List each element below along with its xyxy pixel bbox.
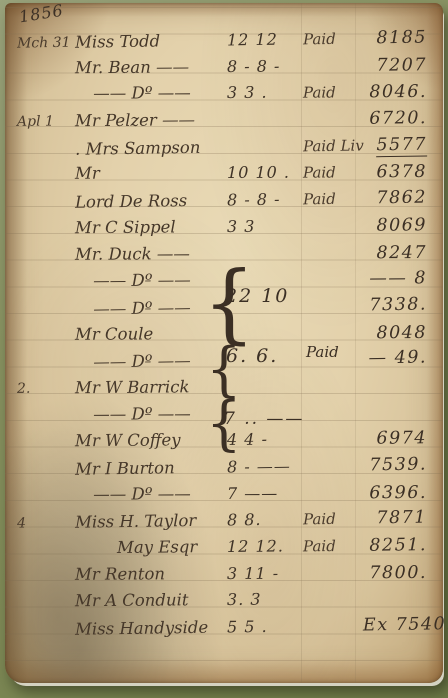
ledger-row: Mr Coule8048	[13, 319, 437, 348]
entry-amount	[227, 347, 303, 375]
entry-name: Mr. Duck ——	[75, 240, 227, 267]
entry-amount	[227, 293, 303, 321]
entry-status	[303, 106, 363, 133]
entry-status: Paid Liv	[303, 132, 363, 160]
entry-number: 8251.	[363, 532, 437, 559]
entry-date: 2.	[13, 375, 75, 402]
entry-status	[303, 292, 363, 320]
entry-number: 7207	[363, 52, 437, 79]
entry-name: —— Dº ——	[75, 267, 227, 295]
entry-status	[303, 452, 363, 480]
entry-status	[303, 266, 363, 293]
entry-name: Miss Handyside	[75, 615, 227, 644]
entry-status	[303, 346, 363, 374]
entry-number: 7338.	[363, 291, 437, 319]
entry-date	[13, 161, 75, 188]
entry-amount	[227, 320, 303, 347]
entry-name: —— Dº ——	[75, 481, 227, 508]
entry-date	[13, 401, 75, 428]
entry-name: Mr Pelzer ——	[75, 107, 227, 135]
ledger-row: —— Dº ——	[13, 400, 437, 429]
entry-status	[303, 400, 363, 427]
entry-number: 8048	[363, 319, 437, 346]
entry-amount: 8 8.	[227, 507, 303, 535]
entry-name: Mr Renton	[75, 561, 227, 588]
entry-status: Paid	[303, 186, 363, 214]
entry-number: 6396.	[363, 480, 437, 507]
entry-number: 8069	[363, 212, 437, 239]
year-label: 1856	[18, 1, 65, 27]
entry-amount	[227, 267, 303, 294]
entry-name: —— Dº ——	[75, 401, 227, 428]
entry-date	[13, 190, 75, 218]
entry-amount	[227, 373, 303, 400]
entry-status: Paid	[303, 25, 363, 53]
entry-amount: 3 3	[227, 213, 303, 240]
entry-number	[363, 586, 437, 613]
entry-date: 4	[13, 510, 75, 538]
entry-number: 8046.	[363, 79, 437, 106]
ledger-row: —— Dº ——3 3 .Paid8046.	[13, 79, 437, 108]
ledger-row: Mr10 10 .Paid6378	[13, 159, 437, 188]
entry-amount: 12 12.	[227, 533, 303, 560]
entry-amount: 12 12	[227, 26, 303, 54]
ledger-row: Apl 1Mr Pelzer ——6720.	[13, 105, 437, 135]
entry-date	[13, 617, 75, 645]
entry-name: . Mrs Sampson	[75, 134, 227, 163]
entry-amount	[227, 106, 303, 133]
entry-number: 6974	[363, 425, 437, 452]
ledger-row: —— Dº ———— 8	[13, 265, 437, 295]
entry-status: Paid	[303, 506, 363, 534]
entry-number: —— 8	[363, 265, 437, 292]
entry-amount	[227, 400, 303, 427]
scan-frame: 1856 Mch 31Miss Todd12 12Paid8185Mr. Bea…	[0, 0, 448, 698]
entry-status	[303, 320, 363, 347]
entry-date	[13, 215, 75, 242]
entry-date	[13, 589, 75, 616]
entry-date: Mch 31	[13, 30, 75, 58]
entry-name: —— Dº ——	[75, 348, 227, 377]
entry-amount	[227, 133, 303, 161]
scan-background: { "document": { "year": "1856", "icons":…	[0, 0, 448, 698]
entry-name: May Esqr	[75, 534, 227, 562]
entry-status	[303, 560, 363, 587]
entry-date	[13, 457, 75, 485]
entry-status: Paid	[303, 533, 363, 560]
entry-date	[13, 535, 75, 562]
entry-name: Mr I Burton	[75, 454, 227, 483]
entry-date	[13, 429, 75, 456]
entry-number: 6720.	[363, 105, 437, 132]
entry-amount: 8 - ——	[227, 453, 303, 481]
entry-date	[13, 241, 75, 268]
entry-number: 7862	[363, 184, 437, 212]
entry-number: 6378	[363, 159, 437, 186]
ledger-row: Mr Renton3 11 -7800.	[13, 560, 437, 589]
entry-amount: 3 11 -	[227, 560, 303, 587]
entry-name: Miss Todd	[75, 27, 227, 56]
entry-number	[363, 400, 437, 427]
entry-amount: 8 - 8 -	[227, 53, 303, 80]
entry-status	[303, 586, 363, 613]
entry-status	[303, 613, 363, 641]
entry-name: Mr W Coffey	[75, 427, 227, 455]
entry-amount: 7 ——	[227, 480, 303, 507]
entry-date: Apl 1	[13, 108, 75, 135]
entry-name: Mr C Sippel	[75, 214, 227, 242]
entry-name: Mr A Conduit	[75, 587, 227, 615]
ledger-row: Mr C Sippel3 38069	[13, 212, 437, 242]
entry-name: Mr W Barrick	[75, 374, 227, 402]
entry-name: Mr Coule	[75, 321, 227, 348]
entry-date	[13, 55, 75, 82]
entry-number: — 49.	[363, 345, 437, 373]
entry-date	[13, 321, 75, 348]
entry-number: 8185	[363, 24, 437, 52]
entry-status	[303, 240, 363, 267]
entry-status	[303, 373, 363, 400]
entry-name: Miss H. Taylor	[75, 508, 227, 537]
ledger-row: Mr. Duck ——8247	[13, 239, 437, 268]
entry-number: 5577	[363, 131, 437, 159]
entry-amount: 4 4 -	[227, 427, 303, 454]
entry-status	[303, 426, 363, 453]
entry-date	[13, 268, 75, 295]
ledger-page: 1856 Mch 31Miss Todd12 12Paid8185Mr. Bea…	[5, 3, 443, 683]
entry-date	[13, 481, 75, 508]
entry-date	[13, 350, 75, 378]
entry-number: 7539.	[363, 451, 437, 479]
entry-amount: 8 - 8 -	[227, 186, 303, 214]
entry-amount: 3 3 .	[227, 80, 303, 107]
entry-status: Paid	[303, 160, 363, 187]
entry-amount	[227, 240, 303, 267]
entry-status	[303, 52, 363, 79]
entry-date	[13, 81, 75, 108]
entry-status	[303, 213, 363, 240]
entry-name: Mr	[75, 160, 227, 187]
entry-number: 8247	[363, 239, 437, 266]
entry-number: 7800.	[363, 560, 437, 587]
entry-status	[303, 480, 363, 507]
entry-amount: 10 10 .	[227, 160, 303, 187]
ledger-row: 2.Mr W Barrick	[13, 372, 437, 402]
entry-date	[13, 297, 75, 325]
entry-name: —— Dº ——	[75, 294, 227, 323]
entry-number	[363, 372, 437, 399]
entry-name: Mr. Bean ——	[75, 54, 227, 82]
entry-number: Ex 7540.	[363, 611, 448, 639]
entry-date	[13, 562, 75, 589]
entry-name: Lord De Ross	[75, 188, 227, 217]
ledger-row: —— Dº ——7 ——6396.	[13, 480, 437, 509]
entry-name: —— Dº ——	[75, 80, 227, 107]
entry-status: Paid	[303, 80, 363, 107]
entry-amount: 5 5 .	[227, 613, 303, 641]
ledger-row: Mr. Bean ——8 - 8 -7207	[13, 52, 437, 82]
entry-amount: 3. 3	[227, 587, 303, 614]
ledger-row: Miss Handyside5 5 .Ex 7540.	[13, 611, 437, 644]
ledger-rows: Mch 31Miss Todd12 12Paid8185Mr. Bean ——8…	[13, 27, 437, 641]
ledger-row: May Esqr12 12.Paid8251.	[13, 532, 437, 562]
entry-number: 7871	[363, 505, 437, 533]
